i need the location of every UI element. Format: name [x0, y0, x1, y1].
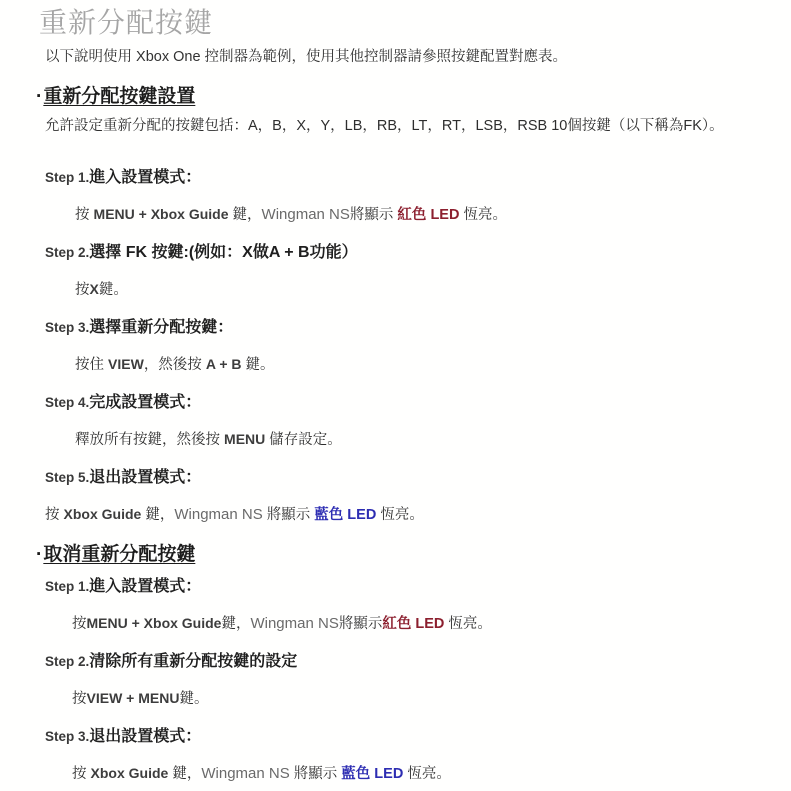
step-label: Step 5.	[45, 470, 89, 485]
step-title: 完成設置模式：	[89, 394, 201, 411]
led-status-red: 紅色 LED	[382, 616, 444, 632]
page-title: 重新分配按鍵	[39, 6, 777, 40]
button-combo: MENU + Xbox Guide	[94, 206, 229, 222]
text-run: 恆亮。	[459, 207, 507, 223]
text-run: 鍵。	[99, 282, 128, 298]
text-run: 按	[75, 282, 90, 298]
brand-name: Wingman NS	[174, 506, 262, 523]
text-run: 鍵，	[229, 207, 262, 223]
text-run: 恆亮。	[376, 507, 424, 523]
s1-step3-heading: Step 3.選擇重新分配按鍵：	[45, 317, 777, 339]
text-run: 按	[75, 207, 94, 223]
step-title: 退出設置模式：	[89, 469, 201, 486]
s2-step2-instruction: 按VIEW + MENU鍵。	[45, 688, 777, 709]
s2-step1-instruction: 按MENU + Xbox Guide鍵，Wingman NS將顯示紅色 LED …	[45, 613, 777, 634]
led-status-blue: 藍色 LED	[341, 766, 403, 782]
button-combo: VIEW + MENU	[87, 690, 180, 706]
text-run: 將顯示	[339, 616, 383, 632]
s1-step5-heading: Step 5.退出設置模式：	[45, 467, 777, 489]
led-status-red: 紅色 LED	[397, 207, 459, 223]
brand-name: Wingman NS	[250, 615, 338, 632]
text-run: 按	[72, 766, 91, 782]
s1-step2-instruction: 按X鍵。	[45, 279, 777, 300]
s1-step1-heading: Step 1.進入設置模式：	[45, 167, 777, 189]
step-label: Step 3.	[45, 320, 89, 335]
text-run: 鍵，	[141, 507, 174, 523]
button-combo: VIEW	[108, 356, 144, 372]
section-heading-text: 取消重新分配按鍵	[43, 544, 195, 565]
text-run: 將顯示	[263, 507, 315, 523]
text-run: 釋放所有按鍵，然後按	[75, 432, 224, 448]
intro-text: 以下說明使用 Xbox One 控制器為範例，使用其他控制器請參照按鍵配置對應表…	[45, 47, 777, 67]
s2-step3-heading: Step 3.退出設置模式：	[45, 726, 777, 748]
section-heading-cancel-remap: ·取消重新分配按鍵	[36, 543, 777, 567]
text-run: 按住	[75, 357, 108, 373]
text-run: 按	[72, 691, 87, 707]
text-run: 鍵。	[179, 691, 208, 707]
text-run: 恆亮。	[444, 616, 492, 632]
manual-page: 重新分配按鍵 以下說明使用 Xbox One 控制器為範例，使用其他控制器請參照…	[0, 0, 791, 784]
list-bullet: ·	[36, 544, 42, 565]
s2-step2-heading: Step 2.清除所有重新分配按鍵的設定	[45, 651, 777, 673]
s1-step4-heading: Step 4.完成設置模式：	[45, 392, 777, 414]
text-run: 按	[72, 616, 87, 632]
step-label: Step 1.	[45, 170, 89, 185]
button-combo: Xbox Guide	[64, 506, 142, 522]
step-label: Step 3.	[45, 729, 89, 744]
section-heading-remap-setup: ·重新分配按鍵設置	[36, 85, 777, 109]
text-run: ，然後按	[144, 357, 206, 373]
s1-step2-heading: Step 2.選擇 FK 按鍵:(例如：X做A + B功能）	[45, 242, 777, 264]
text-run: 儲存設定。	[265, 432, 342, 448]
allowed-keys-text: 允許設定重新分配的按鍵包括：A，B，X，Y，LB，RB，LT，RT，LSB，RS…	[45, 116, 777, 136]
step-title: 進入設置模式：	[89, 578, 201, 595]
s1-step3-instruction: 按住 VIEW，然後按 A + B 鍵。	[45, 354, 777, 375]
led-status-blue: 藍色 LED	[314, 507, 376, 523]
step-label: Step 4.	[45, 395, 89, 410]
step-title: 退出設置模式：	[89, 728, 201, 745]
step-label: Step 2.	[45, 245, 89, 260]
step-label: Step 1.	[45, 579, 89, 594]
brand-name: Wingman NS	[262, 206, 350, 223]
button-combo: A + B	[206, 356, 242, 372]
button-combo: MENU + Xbox Guide	[87, 615, 222, 631]
button-combo: Xbox Guide	[91, 765, 169, 781]
s1-step5-instruction: 按 Xbox Guide 鍵，Wingman NS 將顯示 藍色 LED 恆亮。	[45, 504, 777, 525]
brand-name: Wingman NS	[201, 765, 289, 782]
step-title: 清除所有重新分配按鍵的設定	[89, 653, 297, 670]
list-bullet: ·	[36, 86, 42, 107]
text-run: 將顯示	[350, 207, 398, 223]
step-label: Step 2.	[45, 654, 89, 669]
step-title: 選擇重新分配按鍵：	[89, 319, 233, 336]
step-title: 進入設置模式：	[89, 169, 201, 186]
button-combo: X	[90, 281, 99, 297]
s1-step1-instruction: 按 MENU + Xbox Guide 鍵，Wingman NS將顯示 紅色 L…	[45, 204, 777, 225]
s2-step3-instruction: 按 Xbox Guide 鍵，Wingman NS 將顯示 藍色 LED 恆亮。	[45, 763, 777, 784]
button-combo: MENU	[224, 431, 265, 447]
text-run: 鍵，	[168, 766, 201, 782]
section-heading-text: 重新分配按鍵設置	[43, 86, 195, 107]
text-run: 鍵，	[221, 616, 250, 632]
text-run: 將顯示	[290, 766, 342, 782]
s1-step4-instruction: 釋放所有按鍵，然後按 MENU 儲存設定。	[45, 429, 777, 450]
text-run: 按	[45, 507, 64, 523]
text-run: 鍵。	[242, 357, 275, 373]
text-run: 恆亮。	[403, 766, 451, 782]
step-title: 選擇 FK 按鍵:(例如：X做A + B功能）	[89, 244, 357, 261]
s2-step1-heading: Step 1.進入設置模式：	[45, 576, 777, 598]
